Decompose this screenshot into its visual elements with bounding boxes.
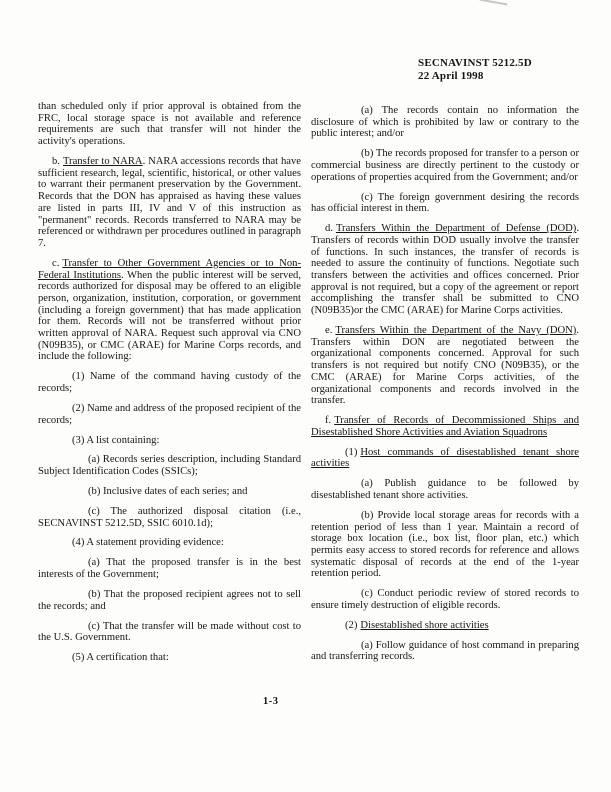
- instruction-number: SECNAVINST 5212.5D: [418, 57, 532, 70]
- para-text: (a) Follow guidance of host command in p…: [311, 640, 579, 663]
- sub-list-item: (b) Provide local storage areas for reco…: [311, 510, 579, 580]
- para-text: (3) A list containing:: [72, 435, 159, 446]
- right-column: (a) The records contain no information t…: [311, 105, 579, 671]
- para-text: (b) That the proposed recipient agrees n…: [38, 589, 301, 612]
- para-text: . Transfers of records within DOD usuall…: [311, 223, 579, 316]
- section-heading-underlined: Transfer of Records of Decommissioned Sh…: [311, 415, 579, 438]
- para-text: (5) A certification that:: [72, 652, 169, 663]
- para-lead: d.: [325, 223, 336, 234]
- para-text: (b) Inclusive dates of each series; and: [88, 486, 247, 497]
- list-item: (2) Name and address of the proposed rec…: [38, 403, 301, 426]
- scan-artifact: [479, 0, 508, 11]
- para-lead: (2): [345, 620, 360, 631]
- para-text: than scheduled only if prior approval is…: [38, 101, 301, 147]
- paragraph-b: b.Transfer to NARA. NARA accessions reco…: [38, 156, 301, 250]
- para-text: (a) The records contain no information t…: [311, 105, 579, 139]
- paragraph-c: c.Transfer to Other Government Agencies …: [38, 258, 301, 363]
- page-number: 1-3: [263, 696, 279, 707]
- para-text: . Transfers within DON are negotiated be…: [311, 325, 579, 406]
- para-lead: b.: [52, 156, 63, 167]
- para-text: (a) That the proposed transfer is in the…: [38, 557, 301, 580]
- para-text: (b) The records proposed for transfer to…: [311, 148, 579, 182]
- sub-list-item: (c) The authorized disposal citation (i.…: [38, 506, 301, 529]
- section-heading-underlined: Transfers Within the Department of Defen…: [336, 223, 576, 234]
- left-column: than scheduled only if prior approval is…: [38, 101, 301, 672]
- para-text: . NARA accessions records that have suff…: [38, 156, 301, 249]
- paragraph-d: d.Transfers Within the Department of Def…: [311, 223, 579, 317]
- para-lead: e.: [325, 325, 335, 336]
- para-text: (c) The foreign government desiring the …: [311, 192, 579, 215]
- para-lead: (1): [345, 447, 360, 458]
- section-heading-underlined: Disestablished shore activities: [360, 620, 488, 631]
- para-text: (a) Publish guidance to be followed by d…: [311, 478, 579, 501]
- sub-list-item: (c) That the transfer will be made witho…: [38, 621, 301, 644]
- sub-list-item: (a) Follow guidance of host command in p…: [311, 640, 579, 663]
- document-header: SECNAVINST 5212.5D 22 April 1998: [418, 57, 532, 83]
- sub-list-item: (a) The records contain no information t…: [311, 105, 579, 140]
- list-item: (4) A statement providing evidence:: [38, 537, 301, 549]
- para-text: (1) Name of the command having custody o…: [38, 371, 301, 394]
- para-text: (c) The authorized disposal citation (i.…: [38, 506, 301, 529]
- para-text: (c) Conduct periodic review of stored re…: [311, 588, 579, 611]
- list-item-heading: (1)Host commands of disestablished tenan…: [311, 447, 579, 470]
- sub-list-item: (a) That the proposed transfer is in the…: [38, 557, 301, 580]
- para-lead: f.: [325, 415, 334, 426]
- sub-list-item: (a) Publish guidance to be followed by d…: [311, 478, 579, 501]
- section-heading-underlined: Transfer to NARA: [63, 156, 143, 167]
- section-heading-underlined: Transfers Within the Department of the N…: [335, 325, 576, 336]
- sub-list-item: (b) Inclusive dates of each series; and: [38, 486, 301, 498]
- sub-list-item: (c) Conduct periodic review of stored re…: [311, 588, 579, 611]
- para-text: . When the public interest will be serve…: [38, 270, 301, 363]
- para-text: (b) Provide local storage areas for reco…: [311, 510, 579, 580]
- para-text: (4) A statement providing evidence:: [72, 537, 224, 548]
- para-lead: c.: [52, 258, 62, 269]
- list-item-heading: (2)Disestablished shore activities: [311, 620, 579, 632]
- list-item: (1) Name of the command having custody o…: [38, 371, 301, 394]
- paragraph-f: f.Transfer of Records of Decommissioned …: [311, 415, 579, 438]
- list-item: (5) A certification that:: [38, 652, 301, 664]
- paragraph: than scheduled only if prior approval is…: [38, 101, 301, 148]
- paragraph-e: e.Transfers Within the Department of the…: [311, 325, 579, 407]
- para-text: (c) That the transfer will be made witho…: [38, 621, 301, 644]
- sub-list-item: (a) Records series description, includin…: [38, 454, 301, 477]
- sub-list-item: (b) That the proposed recipient agrees n…: [38, 589, 301, 612]
- list-item: (3) A list containing:: [38, 435, 301, 447]
- sub-list-item: (b) The records proposed for transfer to…: [311, 148, 579, 183]
- sub-list-item: (c) The foreign government desiring the …: [311, 192, 579, 215]
- scanned-document-page: SECNAVINST 5212.5D 22 April 1998 than sc…: [0, 0, 611, 792]
- para-text: (2) Name and address of the proposed rec…: [38, 403, 301, 426]
- instruction-date: 22 April 1998: [418, 70, 532, 83]
- para-text: (a) Records series description, includin…: [38, 454, 301, 477]
